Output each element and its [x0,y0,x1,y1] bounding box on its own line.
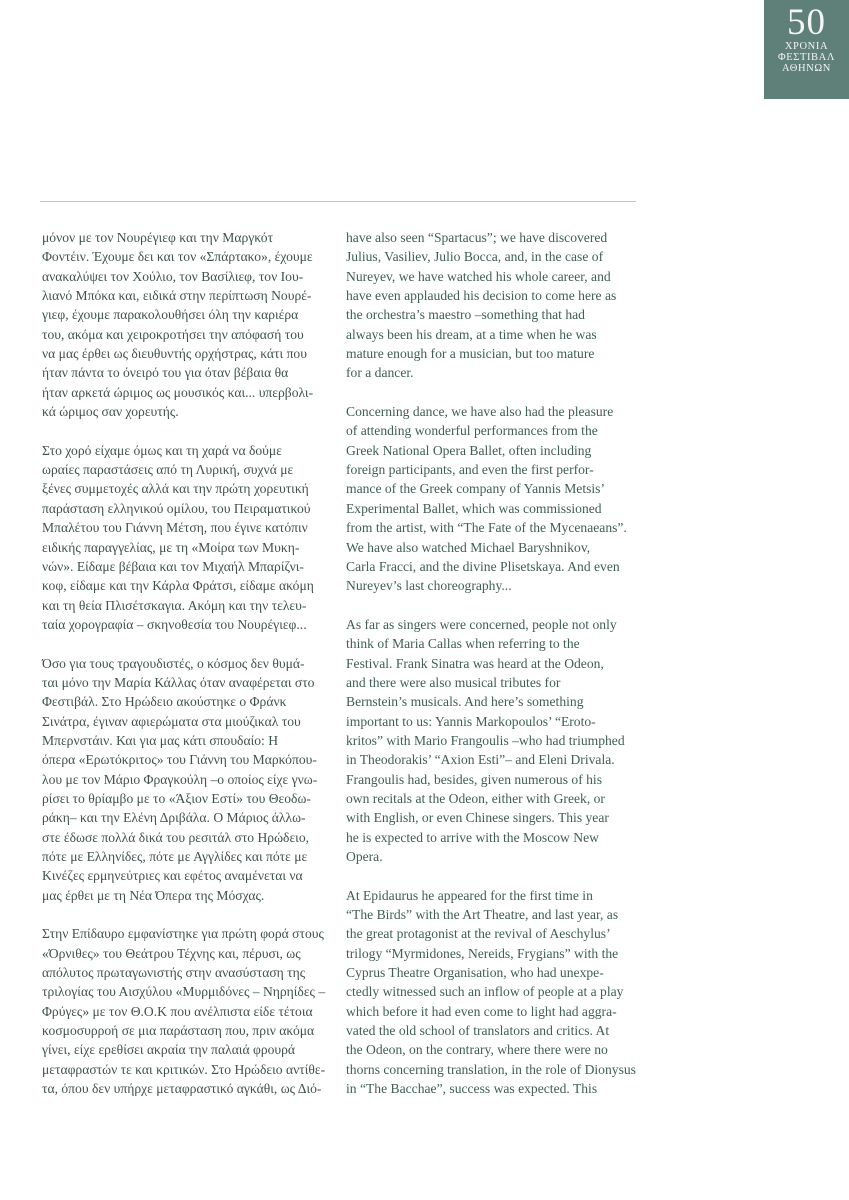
text-line: ανακαλύψει τον Χούλιο, τον Βασίλιεφ, τον… [42,267,342,286]
text-line: from the artist, with “The Fate of the M… [346,518,642,537]
text-line: with English, or even Chinese singers. T… [346,808,642,827]
text-line: in Theodorakis’ “Axion Esti”– and Eleni … [346,750,642,769]
text-line: να μας έρθει ως διευθυντής ορχήστρας, κά… [42,344,342,363]
text-line: Κινέζες ερμηνεύτριες και εφέτος αναμένετ… [42,866,342,885]
text-line: του, ακόμα και χειροκροτήσει την απόφασή… [42,325,342,344]
text-line: ταία χορογραφία – σκηνοθεσία του Νουρέγι… [42,615,342,634]
text-line: κοφ, είδαμε και την Κάρλα Φράτσι, είδαμε… [42,576,342,595]
text-line: think of Maria Callas when referring to … [346,634,642,653]
text-line: Bernstein’s musicals. And here’s somethi… [346,692,642,711]
text-line: ράκη– και την Ελένη Δριβάλα. Ο Μάριος άλ… [42,808,342,827]
text-line: ται μόνο την Μαρία Κάλλας όταν αναφέρετα… [42,673,342,692]
text-line: ειδικής παραγγελίας, με τη «Μοίρα των Μυ… [42,538,342,557]
text-line: λου με τον Μάριο Φραγκούλη –ο οποίος είχ… [42,770,342,789]
text-line: Opera. [346,847,642,866]
text-line: παράσταση ελληνικού ομίλου, του Πειραματ… [42,499,342,518]
paragraph: Όσο για τους τραγουδιστές, ο κόσμος δεν … [42,654,342,905]
text-line: στε έδωσε πολλά δικά του ρεσιτάλ στο Ηρώ… [42,828,342,847]
text-line: of attending wonderful performances from… [346,421,642,440]
paragraph: As far as singers were concerned, people… [346,615,642,866]
text-line: have even applauded his decision to come… [346,286,642,305]
text-line: απόλυτος πρωταγωνιστής στην ανασύσταση τ… [42,963,342,982]
greek-text-column: μόνον με τον Νουρέγιεφ και την ΜαργκότΦο… [42,228,342,1118]
text-line: μας έρθει με τη Νέα Όπερα της Μόσχας. [42,886,342,905]
text-line: Μπερνστάιν. Και για μας κάτι σπουδαίο: Η [42,731,342,750]
text-line: trilogy “Myrmidones, Nereids, Frygians” … [346,944,642,963]
text-line: ήταν αρκετά ώριμος ως μουσικός και... υπ… [42,383,342,402]
text-line: Cyprus Theatre Organisation, who had une… [346,963,642,982]
text-line: και τη θεία Πλισέτσκαγια. Ακόμη και την … [42,596,342,615]
text-line: Experimental Ballet, which was commissio… [346,499,642,518]
text-line: ctedly witnessed such an inflow of peopl… [346,982,642,1001]
text-line: always been his dream, at a time when he… [346,325,642,344]
text-line: thorns concerning translation, in the ro… [346,1060,642,1079]
text-line: Φεστιβάλ. Στο Ηρώδειο ακούστηκε ο Φράνκ [42,692,342,711]
text-line: We have also watched Michael Baryshnikov… [346,538,642,557]
paragraph: At Epidaurus he appeared for the first t… [346,886,642,1099]
text-line: πότε με Ελληνίδες, πότε με Αγγλίδες και … [42,847,342,866]
text-line: ξένες συμμετοχές αλλά και την πρώτη χορε… [42,479,342,498]
text-line: κοσμοσυρροή σε μια παράσταση που, πριν α… [42,1021,342,1040]
text-line: Frangoulis had, besides, given numerous … [346,770,642,789]
text-line: in “The Bacchae”, success was expected. … [346,1079,642,1098]
text-line: Nureyev, we have watched his whole caree… [346,267,642,286]
text-line: the Odeon, on the contrary, where there … [346,1040,642,1059]
text-line: μεταφραστών τε και κριτικών. Στο Ηρώδειο… [42,1060,342,1079]
text-line: νών». Είδαμε βέβαια και τον Μιχαήλ Μπαρί… [42,557,342,576]
text-line: Στο χορό είχαμε όμως και τη χαρά να δούμ… [42,441,342,460]
text-line: Concerning dance, we have also had the p… [346,402,642,421]
text-line: mature enough for a musician, but too ma… [346,344,642,363]
text-line: own recitals at the Odeon, either with G… [346,789,642,808]
text-line: “The Birds” with the Art Theatre, and la… [346,905,642,924]
text-line: At Epidaurus he appeared for the first t… [346,886,642,905]
text-line: Σινάτρα, έγιναν αφιερώματα στα μιούζικαλ… [42,712,342,731]
festival-anniversary-badge: 50 ΧΡΟΝΙΑ ΦΕΣΤΙΒΑΛ ΑΘΗΝΩΝ [764,0,849,99]
text-line: κά ώριμος σαν χορευτής. [42,402,342,421]
text-line: important to us: Yannis Markopoulos’ “Er… [346,712,642,731]
text-line: kritos” with Mario Frangoulis –who had t… [346,731,642,750]
text-line: Στην Επίδαυρο εμφανίστηκε για πρώτη φορά… [42,924,342,943]
text-line: ρίσει το θρίαμβο με το «Άξιον Εστί» του … [42,789,342,808]
text-line: and there were also musical tributes for [346,673,642,692]
text-line: γίνει, είχε ερεθίσει ακραία την παλαιά φ… [42,1040,342,1059]
text-line: Julius, Vasiliev, Julio Bocca, and, in t… [346,247,642,266]
header-divider [40,201,636,202]
text-line: have also seen “Spartacus”; we have disc… [346,228,642,247]
text-line: Nureyev’s last choreography... [346,576,642,595]
text-line: mance of the Greek company of Yannis Met… [346,479,642,498]
text-line: τριλογίας του Αισχύλου «Μυρμιδόνες – Νηρ… [42,982,342,1001]
text-line: Φοντέιν. Έχουμε δει και τον «Σπάρτακο», … [42,247,342,266]
text-line: the orchestra’s maestro –something that … [346,305,642,324]
text-line: λιανό Μπόκα και, ειδικά στην περίπτωση Ν… [42,286,342,305]
text-line: foreign participants, and even the first… [346,460,642,479]
text-line: όπερα «Ερωτόκριτος» του Γιάννη του Μαρκό… [42,750,342,769]
text-line: τα, όπου δεν υπήρχε μεταφραστικό αγκάθι,… [42,1079,342,1098]
text-line: ήταν πάντα το όνειρό του για όταν βέβαια… [42,363,342,382]
badge-line-2: ΦΕΣΤΙΒΑΛ [764,52,849,63]
paragraph: Στο χορό είχαμε όμως και τη χαρά να δούμ… [42,441,342,634]
badge-number: 50 [764,5,849,41]
text-line: he is expected to arrive with the Moscow… [346,828,642,847]
text-line: γιεφ, έχουμε παρακολουθήσει όλη την καρι… [42,305,342,324]
text-line: ωραίες παραστάσεις από τη Λυρική, συχνά … [42,460,342,479]
text-line: As far as singers were concerned, people… [346,615,642,634]
text-line: for a dancer. [346,363,642,382]
text-line: Festival. Frank Sinatra was heard at the… [346,654,642,673]
text-line: which before it had even come to light h… [346,1002,642,1021]
badge-line-1: ΧΡΟΝΙΑ [764,41,849,52]
badge-line-3: ΑΘΗΝΩΝ [764,63,849,74]
paragraph: have also seen “Spartacus”; we have disc… [346,228,642,383]
text-line: Greek National Opera Ballet, often inclu… [346,441,642,460]
paragraph: Concerning dance, we have also had the p… [346,402,642,595]
text-line: «Όρνιθες» του Θεάτρου Τέχνης και, πέρυσι… [42,944,342,963]
paragraph: μόνον με τον Νουρέγιεφ και την ΜαργκότΦο… [42,228,342,421]
text-line: μόνον με τον Νουρέγιεφ και την Μαργκότ [42,228,342,247]
english-text-column: have also seen “Spartacus”; we have disc… [346,228,642,1118]
text-line: vated the old school of translators and … [346,1021,642,1040]
text-line: Φρύγες» με τον Θ.Ο.Κ που ανέλπιστα είδε … [42,1002,342,1021]
text-line: the great protagonist at the revival of … [346,924,642,943]
text-line: Μπαλέτου του Γιάννη Μέτση, που έγινε κατ… [42,518,342,537]
paragraph: Στην Επίδαυρο εμφανίστηκε για πρώτη φορά… [42,924,342,1098]
text-line: Carla Fracci, and the divine Plisetskaya… [346,557,642,576]
text-line: Όσο για τους τραγουδιστές, ο κόσμος δεν … [42,654,342,673]
